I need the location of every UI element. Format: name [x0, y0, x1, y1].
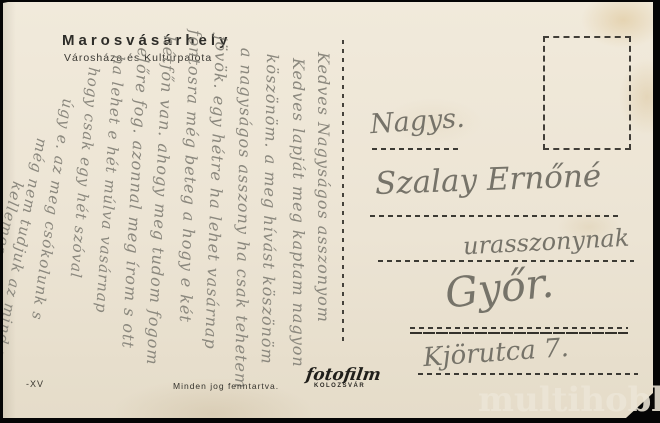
message-line: köszönöm. a meg hívást köszönöm [258, 54, 282, 365]
rights-notice: Minden jog fenntartva. [173, 381, 279, 391]
message-line: Kedves lapját meg kaptam nagyon [289, 58, 308, 368]
address-rule-1 [372, 148, 461, 150]
postcard-title: Marosvásárhely [62, 32, 231, 49]
message-line: Kedves Nagyságos asszonyom [314, 52, 333, 323]
address-rule-3 [378, 260, 634, 262]
address-rule-2 [370, 215, 622, 217]
address-rule-4-solid [410, 332, 628, 334]
series-mark: -XV [26, 379, 44, 389]
center-divider-line [342, 40, 344, 345]
publisher-logo: fotofilm KOLOZSVÁR [306, 365, 381, 389]
address-rule-4-dashed [410, 327, 628, 329]
publisher-name: fotofilm [305, 365, 382, 385]
message-line: jövök. egy hétre ha lehet vasárnap [201, 35, 231, 350]
handwritten-city: Győr. [443, 258, 556, 317]
watermark: multihobby [478, 380, 660, 420]
message-line: fontosra még beteg a hogy e két [176, 29, 205, 323]
handwritten-honorific: urasszonynak [462, 224, 630, 261]
postcard-back: Marosvásárhely Városháza és Kulturpalota… [3, 2, 653, 418]
address-rule-5 [418, 373, 638, 375]
handwritten-salutation: Nagys. [369, 103, 466, 141]
handwritten-addressee-name: Szalay Ernőné [374, 158, 601, 202]
stamp-box [543, 36, 631, 150]
message-line: a nagyságos asszony ha csak tehetem [231, 48, 256, 390]
handwritten-street: Kjörutca 7. [422, 333, 570, 373]
